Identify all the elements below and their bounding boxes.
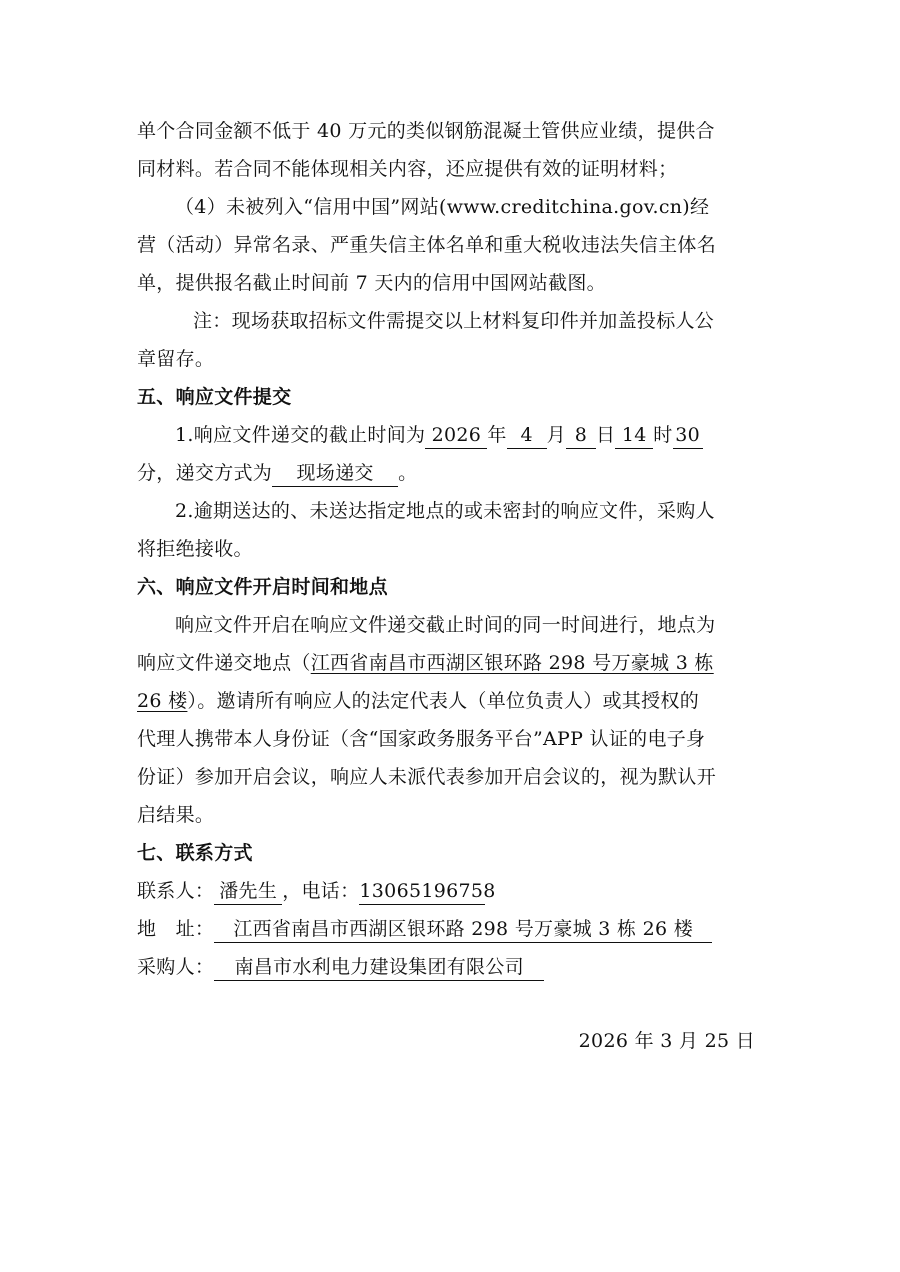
deadline-prefix: 1.响应文件递交的截止时间为 xyxy=(175,424,425,446)
deadline-minute: 30 xyxy=(673,422,703,449)
submission-method: 现场递交 xyxy=(272,460,398,487)
paragraph-line: 单个合同金额不低于 40 万元的类似钢筋混凝土管供应业绩，提供合 xyxy=(137,112,715,150)
hour-unit: 时 xyxy=(653,424,672,446)
note-line: 章留存。 xyxy=(137,340,214,378)
opening-address-floor: 26 楼 xyxy=(137,690,187,712)
month-unit: 月 xyxy=(547,424,566,446)
method-line: 分，递交方式为现场递交。 xyxy=(137,454,417,492)
contact-address: 江西省南昌市西湖区银环路 298 号万豪城 3 栋 26 楼 xyxy=(214,916,712,943)
address-line: 地 址：江西省南昌市西湖区银环路 298 号万豪城 3 栋 26 楼 xyxy=(137,910,712,948)
contact-line: 联系人：潘先生，电话：13065196758 xyxy=(137,872,485,910)
deadline-month: 4 xyxy=(507,422,547,449)
paragraph-line: 26 楼）。邀请所有响应人的法定代表人（单位负责人）或其授权的 xyxy=(137,682,699,720)
paragraph-line: 营（活动）异常名录、严重失信主体名单和重大税收违法失信主体名 xyxy=(137,226,716,264)
contact-label: 联系人： xyxy=(137,880,214,902)
contact-phone: 13065196758 xyxy=(359,878,485,905)
paragraph-line: 响应文件开启在响应文件递交截止时间的同一时间进行，地点为 xyxy=(175,606,715,644)
phone-label: ，电话： xyxy=(282,880,359,902)
invitation-text: ）。邀请所有响应人的法定代表人（单位负责人）或其授权的 xyxy=(187,690,699,712)
period: 。 xyxy=(398,462,417,484)
paragraph-line: 响应文件递交地点（江西省南昌市西湖区银环路 298 号万豪城 3 栋 xyxy=(137,644,714,682)
paragraph-line: 单，提供报名截止时间前 7 天内的信用中国网站截图。 xyxy=(137,264,606,302)
deadline-hour: 14 xyxy=(615,422,653,449)
paragraph-line: （4）未被列入“信用中国”网站(www.creditchina.gov.cn)经 xyxy=(175,188,709,226)
section-heading-5: 五、响应文件提交 xyxy=(137,378,291,416)
year-unit: 年 xyxy=(487,424,506,446)
day-unit: 日 xyxy=(596,424,615,446)
section-heading-7: 七、联系方式 xyxy=(137,834,253,872)
document-date: 2026 年 3 月 25 日 xyxy=(579,1022,755,1060)
paragraph-line: 2.逾期送达的、未送达指定地点的或未密封的响应文件，采购人 xyxy=(175,492,715,530)
paragraph-line: 同材料。若合同不能体现相关内容，还应提供有效的证明材料； xyxy=(137,150,677,188)
paragraph-line: 代理人携带本人身份证（含“国家政务服务平台”APP 认证的电子身 xyxy=(137,720,705,758)
buyer-label: 采购人： xyxy=(137,956,214,978)
minute-unit: 分，递交方式为 xyxy=(137,462,272,484)
opening-address: 江西省南昌市西湖区银环路 298 号万豪城 3 栋 xyxy=(311,652,714,674)
buyer-name: 南昌市水利电力建设集团有限公司 xyxy=(214,954,544,981)
paragraph-line: 将拒绝接收。 xyxy=(137,530,253,568)
section-heading-6: 六、响应文件开启时间和地点 xyxy=(137,568,388,606)
note-line: 注：现场获取招标文件需提交以上材料复印件并加盖投标人公 xyxy=(193,302,714,340)
paragraph-line: 份证）参加开启会议，响应人未派代表参加开启会议的，视为默认开 xyxy=(137,758,716,796)
paragraph-line: 启结果。 xyxy=(137,796,214,834)
contact-name: 潘先生 xyxy=(214,878,282,905)
buyer-line: 采购人：南昌市水利电力建设集团有限公司 xyxy=(137,948,544,986)
deadline-year: 2026 xyxy=(425,422,487,449)
address-label: 地 址： xyxy=(137,918,214,940)
location-prefix: 响应文件递交地点（ xyxy=(137,652,311,674)
deadline-day: 8 xyxy=(566,422,596,449)
deadline-line: 1.响应文件递交的截止时间为2026年4月8日14时30 xyxy=(175,416,703,454)
